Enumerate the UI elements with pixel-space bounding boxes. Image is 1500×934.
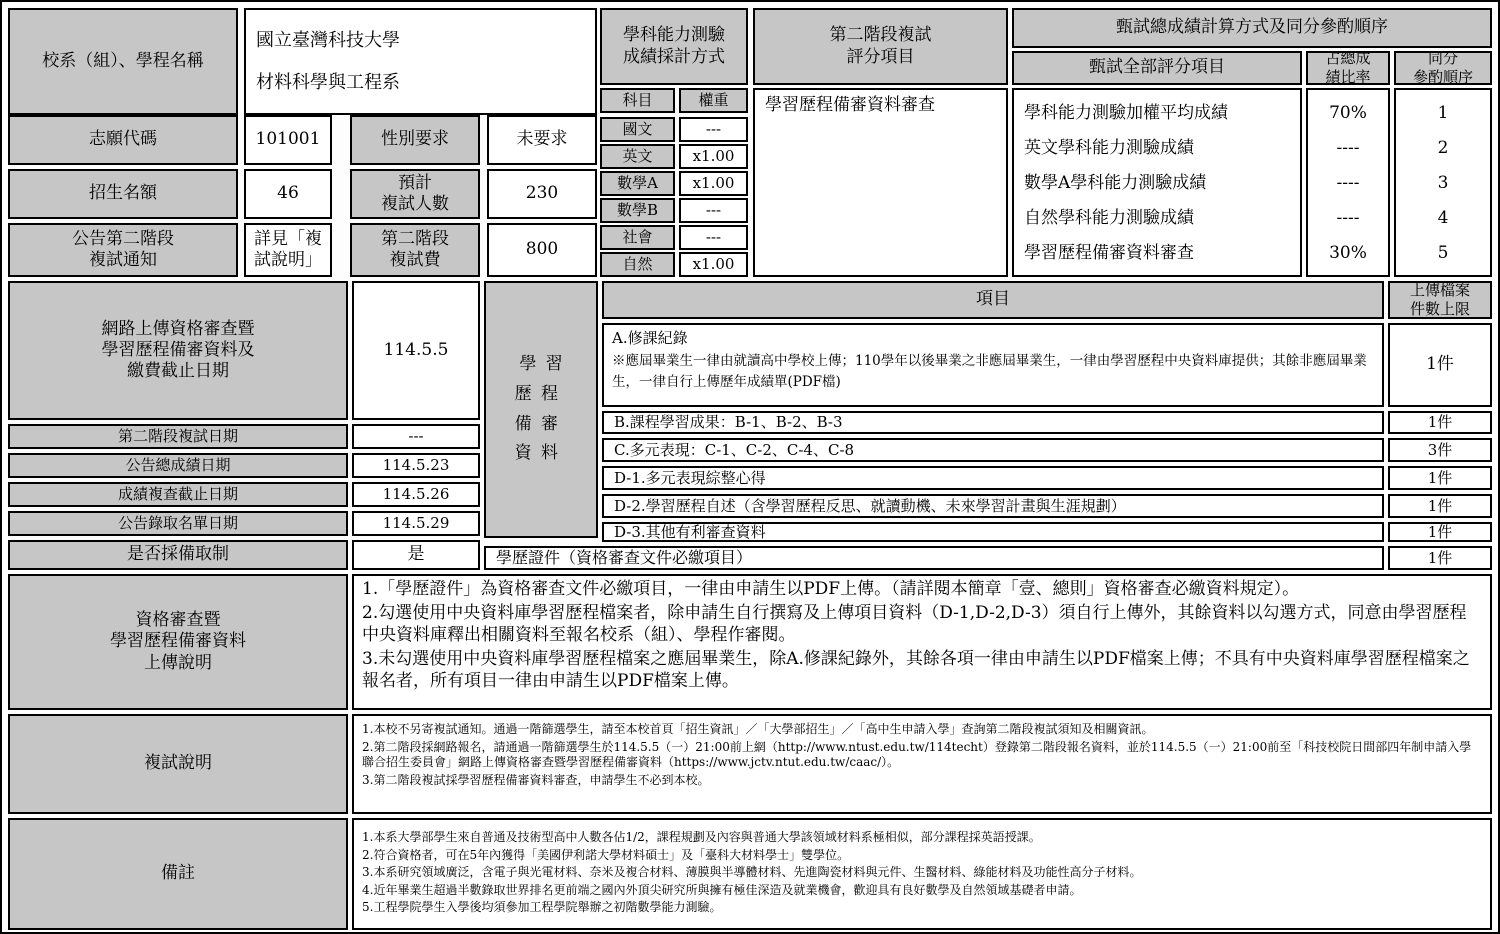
portfolio-item-a: A.修課紀錄 ※應屆畢業生一律由就讀高中學校上傳；110學年以後畢業之非應屆畢業… xyxy=(602,323,1384,407)
admission-list-label: 公告錄取名單日期 xyxy=(8,511,348,536)
score-ratio: 30% xyxy=(1308,236,1388,271)
retest-instructions-label: 複試說明 xyxy=(8,714,348,814)
expected-retest-label: 預計 複試人數 xyxy=(350,169,480,219)
total-score-orders: 1 2 3 4 5 xyxy=(1394,88,1492,277)
diploma-limit: 1件 xyxy=(1388,546,1492,570)
announce-score-label: 公告總成績日期 xyxy=(8,453,348,478)
portfolio-item-limit: 3件 xyxy=(1388,438,1492,462)
remarks-content: 1.本系大學部學生來自普通及技術型高中人數各佔1/2，課程規劃及內容與普通大學該… xyxy=(352,818,1492,930)
remark-line: 4.近年畢業生超過半數錄取世界排名更前端之國內外頂尖研究所與擁有極佳深造及就業機… xyxy=(362,883,1482,899)
program-name: 國立臺灣科技大學 材料科學與工程系 xyxy=(244,8,597,115)
quota-label: 招生名額 xyxy=(8,169,238,219)
total-score-col-order: 同分 參酌順序 xyxy=(1394,51,1492,85)
gsat-weight: --- xyxy=(679,117,748,142)
gsat-weight: x1.00 xyxy=(679,144,748,169)
portfolio-item-d3: D-3.其他有利審查資料 xyxy=(602,522,1384,542)
gsat-weight: --- xyxy=(679,225,748,250)
portfolio-item-name: A.修課紀錄 xyxy=(612,329,688,348)
score-ratio: 70% xyxy=(1308,96,1388,131)
gsat-col-subject: 科目 xyxy=(600,88,675,113)
admission-table-page: 校系（組）、學程名稱 國立臺灣科技大學 材料科學與工程系 學科能力測驗 成績採計… xyxy=(0,0,1500,934)
total-score-col-ratio: 占總成 績比率 xyxy=(1306,51,1390,85)
gender-label: 性別要求 xyxy=(350,115,480,165)
total-score-items: 學科能力測驗加權平均成績 英文學科能力測驗成績 數學A學科能力測驗成績 自然學科… xyxy=(1012,88,1302,277)
score-ratio: ---- xyxy=(1308,166,1388,201)
admission-list-value: 114.5.29 xyxy=(352,511,480,536)
score-ratio: ---- xyxy=(1308,131,1388,166)
gsat-subject: 國文 xyxy=(600,117,675,142)
gsat-col-weight: 權重 xyxy=(679,88,748,113)
code-value: 101001 xyxy=(244,115,332,165)
portfolio-item-b: B.課程學習成果：B-1、B-2、B-3 xyxy=(602,411,1384,434)
portfolio-col-item: 項目 xyxy=(602,281,1384,319)
remark-line: 5.工程學院學生入學後均須參加工程學院舉辦之初階數學能力測驗。 xyxy=(362,900,1482,916)
score-order: 2 xyxy=(1396,131,1490,166)
quota-value: 46 xyxy=(244,169,332,219)
score-review-label: 成績複查截止日期 xyxy=(8,482,348,507)
retest-instruction-line: 1.本校不另寄複試通知。通過一階篩選學生，請至本校首頁「招生資訊」／「大學部招生… xyxy=(362,722,1482,738)
waitlist-label: 是否採備取制 xyxy=(8,540,348,570)
upload-deadline-label: 網路上傳資格審查暨 學習歷程備審資料及 繳費截止日期 xyxy=(8,281,348,420)
gender-value: 未要求 xyxy=(487,115,597,165)
gsat-subject: 自然 xyxy=(600,252,675,277)
retest-fee-label: 第二階段 複試費 xyxy=(350,223,480,277)
portfolio-item-c: C.多元表現：C-1、C-2、C-4、C-8 xyxy=(602,438,1384,462)
gsat-subject: 數學A xyxy=(600,171,675,196)
gsat-weight: x1.00 xyxy=(679,252,748,277)
retest-notice-label: 公告第二階段 複試通知 xyxy=(8,223,238,277)
total-score-ratios: 70% ---- ---- ---- 30% xyxy=(1306,88,1390,277)
portfolio-item-limit: 1件 xyxy=(1388,522,1492,542)
gsat-subject: 社會 xyxy=(600,225,675,250)
score-item: 學科能力測驗加權平均成績 xyxy=(1014,96,1300,131)
retest-fee-value: 800 xyxy=(487,223,597,277)
score-item: 自然學科能力測驗成績 xyxy=(1014,201,1300,236)
portfolio-item-limit: 1件 xyxy=(1388,411,1492,434)
score-item: 數學A學科能力測驗成績 xyxy=(1014,166,1300,201)
remark-line: 3.本系研究領域廣泛，含電子與光電材料、奈米及複合材料、薄膜與半導體材料、先進陶… xyxy=(362,865,1482,881)
gsat-title: 學科能力測驗 成績採計方式 xyxy=(600,8,748,85)
portfolio-item-d2: D-2.學習歷程自述（含學習歷程反思、就讀動機、未來學習計畫與生涯規劃） xyxy=(602,494,1384,518)
gsat-subject: 英文 xyxy=(600,144,675,169)
second-stage-header: 第二階段複試 評分項目 xyxy=(753,8,1008,85)
remark-line: 2.符合資格者，可在5年內獲得「美國伊利諾大學材料碩士」及「臺科大材料學士」雙學… xyxy=(362,848,1482,864)
diploma-row: 學歷證件（資格審查文件必繳項目） xyxy=(484,546,1384,570)
upload-instructions-content: 1.「學歷證件」為資格審查文件必繳項目，一律由申請生以PDF上傳。（請詳閱本簡章… xyxy=(352,574,1492,710)
portfolio-item-limit: 1件 xyxy=(1388,323,1492,407)
gsat-weight: --- xyxy=(679,198,748,223)
portfolio-item-d1: D-1.多元表現綜整心得 xyxy=(602,466,1384,490)
announce-score-value: 114.5.23 xyxy=(352,453,480,478)
score-order: 1 xyxy=(1396,96,1490,131)
portfolio-side-label: 學習 歷程 備審 資料 xyxy=(484,281,598,538)
score-ratio: ---- xyxy=(1308,201,1388,236)
second-stage-value: 學習歷程備審資料審查 xyxy=(753,88,1008,277)
waitlist-value: 是 xyxy=(352,540,480,570)
program-name-label: 校系（組）、學程名稱 xyxy=(8,8,238,115)
retest-instruction-line: 3.第二階段複試採學習歷程備審資料審查，申請學生不必到本校。 xyxy=(362,773,1482,789)
retest-instructions-content: 1.本校不另寄複試通知。通過一階篩選學生，請至本校首頁「招生資訊」／「大學部招生… xyxy=(352,714,1492,814)
portfolio-item-limit: 1件 xyxy=(1388,466,1492,490)
remarks-label: 備註 xyxy=(8,818,348,930)
expected-retest-value: 230 xyxy=(487,169,597,219)
upload-instructions-label: 資格審查暨 學習歷程備審資料 上傳說明 xyxy=(8,574,348,710)
remark-line: 1.本系大學部學生來自普通及技術型高中人數各佔1/2，課程規劃及內容與普通大學該… xyxy=(362,830,1482,846)
score-order: 5 xyxy=(1396,236,1490,271)
gsat-weight: x1.00 xyxy=(679,171,748,196)
score-order: 3 xyxy=(1396,166,1490,201)
retest-instruction-line: 2.第二階段採網路報名，請通過一階篩選學生於114.5.5（一）21:00前上網… xyxy=(362,740,1482,771)
total-score-col-item: 甄試全部評分項目 xyxy=(1012,51,1302,85)
score-review-value: 114.5.26 xyxy=(352,482,480,507)
retest-notice-value: 詳見「複 試說明」 xyxy=(244,223,332,277)
score-item: 英文學科能力測驗成績 xyxy=(1014,131,1300,166)
portfolio-item-note: ※應屆畢業生一律由就讀高中學校上傳；110學年以後畢業之非應屆畢業生，一律由學習… xyxy=(612,351,1374,393)
gsat-subject: 數學B xyxy=(600,198,675,223)
score-order: 4 xyxy=(1396,201,1490,236)
portfolio-item-limit: 1件 xyxy=(1388,494,1492,518)
retest-date-label: 第二階段複試日期 xyxy=(8,424,348,449)
upload-instruction-line: 1.「學歷證件」為資格審查文件必繳項目，一律由申請生以PDF上傳。（請詳閱本簡章… xyxy=(362,578,1482,600)
code-label: 志願代碼 xyxy=(8,115,238,165)
score-item: 學習歷程備審資料審查 xyxy=(1014,236,1300,271)
upload-deadline-value: 114.5.5 xyxy=(352,281,480,420)
retest-date-value: --- xyxy=(352,424,480,449)
portfolio-col-limit: 上傳檔案 件數上限 xyxy=(1388,281,1492,319)
upload-instruction-line: 2.勾選使用中央資料庫學習歷程檔案者，除申請生自行撰寫及上傳項目資料（D-1,D… xyxy=(362,602,1482,646)
total-score-header: 甄試總成績計算方式及同分參酌順序 xyxy=(1012,8,1492,48)
upload-instruction-line: 3.未勾選使用中央資料庫學習歷程檔案之應屆畢業生，除A.修課紀錄外，其餘各項一律… xyxy=(362,648,1482,692)
